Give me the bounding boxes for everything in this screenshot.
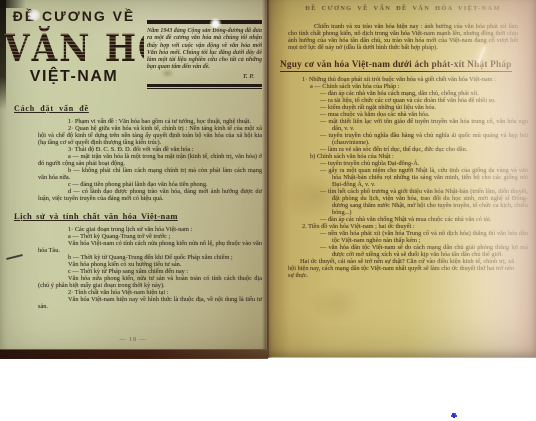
- flash-glare: [27, 9, 41, 21]
- editor-note-box: Năm 1943 đảng Cộng sản Đông-dương đã đưa…: [147, 20, 262, 89]
- list-item: — tuyên truyền chủ nghĩa Đại-đông-Á.: [320, 160, 528, 167]
- list-item: — văn hóa dân tộc Việt-nam sẽ do cách mạ…: [320, 244, 528, 258]
- shelf-edge-strip: [0, 349, 268, 359]
- list-item: — nền văn hóa phát xít (văn hóa Trung cổ…: [320, 230, 528, 244]
- paragraph: c — đảng tiên phong phải lãnh đạo văn hó…: [38, 181, 262, 188]
- flash-glare: [209, 18, 222, 29]
- paragraph: a — Chính sách văn hóa của Pháp :: [310, 83, 514, 90]
- document-photo: ĐỀ CƯƠNG VỀ VĂN HÓA VIỆT-NAM Năm 1943 đả…: [0, 0, 536, 421]
- two-page-spread: ĐỀ CƯƠNG VỀ VĂN HÓA VIỆT-NAM Năm 1943 đả…: [0, 0, 536, 358]
- list-item: — ra tài liệu, tổ chức các cơ quan và cá…: [320, 97, 528, 104]
- dark-edge-top: [0, 0, 26, 8]
- section-heading-cach-dat-van-de: Cách đặt vấn đề: [14, 104, 262, 113]
- paragraph: Văn hóa nửa phong kiến, nửa tư sản và ho…: [38, 275, 262, 289]
- paragraph: a — mặt trận văn hóa là một trong ba mặt…: [38, 153, 262, 167]
- paragraph: 1· Các giai đoạn trong lịch sử văn hóa V…: [38, 226, 262, 233]
- title-line-2: VĂN HÓA: [4, 25, 144, 71]
- editor-note-text: Năm 1943 đảng Cộng sản Đông-dương đã đưa…: [147, 28, 262, 72]
- paragraph: 1· Phạm vi vấn đề : Văn hóa bao gồm cả t…: [38, 118, 262, 125]
- list-item: — làm ra vẻ săn sóc đến trí dục, thể dục…: [320, 146, 528, 153]
- paragraph: 1· Những thủ đoạn phát xít trói buộc văn…: [288, 76, 514, 83]
- running-header: ĐỀ CƯƠNG VỀ VẤN ĐỀ VĂN HÓA VIỆT-NAM: [280, 5, 526, 12]
- book-gutter: [262, 0, 272, 358]
- editor-note-signature: T. P.: [147, 73, 262, 80]
- list-item: — tìm hết cách phô trương và giới thiệu …: [320, 188, 528, 216]
- paragraph: Hai ức thuyết, cái nào sẽ trở nên sự thậ…: [288, 258, 514, 279]
- paragraph: 2· Tính chất văn hóa Việt-nam hiện tại :: [38, 289, 262, 296]
- masthead: ĐỀ CƯƠNG VỀ VĂN HÓA VIỆT-NAM: [4, 8, 144, 86]
- paragraph: b — Thời kỳ từ Quang-Trung đến khi Đế qu…: [38, 254, 262, 261]
- paragraph: 2· Quan hệ giữa văn hóa và kinh tế, chín…: [38, 125, 262, 146]
- left-page-body: Cách đặt vấn đề 1· Phạm vi vấn đề : Văn …: [14, 104, 262, 310]
- title-line-1: ĐỀ CƯƠNG VỀ: [4, 8, 144, 24]
- rule-bottom: [147, 84, 262, 89]
- paragraph: Văn hóa phong kiến có xu hướng tiểu tư s…: [38, 261, 262, 268]
- blue-artifact-mark: [452, 413, 454, 415]
- paragraph: Chiến tranh và xu trào văn hóa hiện nay …: [288, 23, 518, 51]
- list-item: — kiểm duyệt rất ngặt những tài liệu văn…: [320, 104, 528, 111]
- paragraph: Văn hóa Việt-nam hiện nay về hình thức l…: [38, 296, 262, 310]
- paragraph: c — Thời kỳ từ Pháp sang xâm chiếm đến n…: [38, 268, 262, 275]
- right-page: ĐỀ CƯƠNG VỀ VẤN ĐỀ VĂN HÓA VIỆT-NAM Chiế…: [268, 0, 536, 357]
- paragraph: b) Chính sách văn hóa của Nhật :: [310, 153, 514, 160]
- paragraph: 3· Thái độ Đ. C. S. Đ. D. đối với vấn đề…: [38, 146, 262, 153]
- paragraph: 2. Tiền đồ văn hóa Việt-nam ; hai ức thu…: [288, 223, 514, 230]
- right-page-body: ĐỀ CƯƠNG VỀ VẤN ĐỀ VĂN HÓA VIỆT-NAM Chiế…: [280, 5, 526, 279]
- list-item: — tuyên truyền chủ nghĩa đầu hàng và chủ…: [320, 132, 528, 146]
- page-number: — 18 —: [0, 337, 266, 343]
- paragraph: a — Thời kỳ Quang-Trung trở về trước ;: [38, 233, 262, 240]
- rule-top: [147, 20, 262, 24]
- list-item: — mật thiết liên lạc với tôn giáo để tuy…: [320, 118, 528, 132]
- list-item: — đàn áp các nhà văn hóa cách mạng, dân …: [320, 90, 528, 97]
- section-heading-lich-su: Lịch sử và tính chất văn hóa Việt-nam: [14, 211, 262, 221]
- list-item: — gây ra một quan niệm cho người Nhật là…: [320, 167, 528, 188]
- paragraph: d — có lãnh đạo được phong trào văn hóa,…: [38, 188, 262, 202]
- left-page: ĐỀ CƯƠNG VỀ VĂN HÓA VIỆT-NAM Năm 1943 đả…: [0, 0, 266, 349]
- list-item: — đàn áp các nhà văn chống Nhật và mua c…: [320, 216, 528, 223]
- paragraph: b — không phải chỉ làm cách mạng chính t…: [38, 167, 262, 181]
- list-item: — mua chuộc và hăm dọa các nhà văn hóa.: [320, 111, 528, 118]
- paragraph: Văn hóa Việt-nam có tính cách nửa phong …: [38, 240, 262, 254]
- section-heading-nguy-co: Nguy cơ văn hóa Việt-nam dưới ách phát-x…: [280, 60, 512, 72]
